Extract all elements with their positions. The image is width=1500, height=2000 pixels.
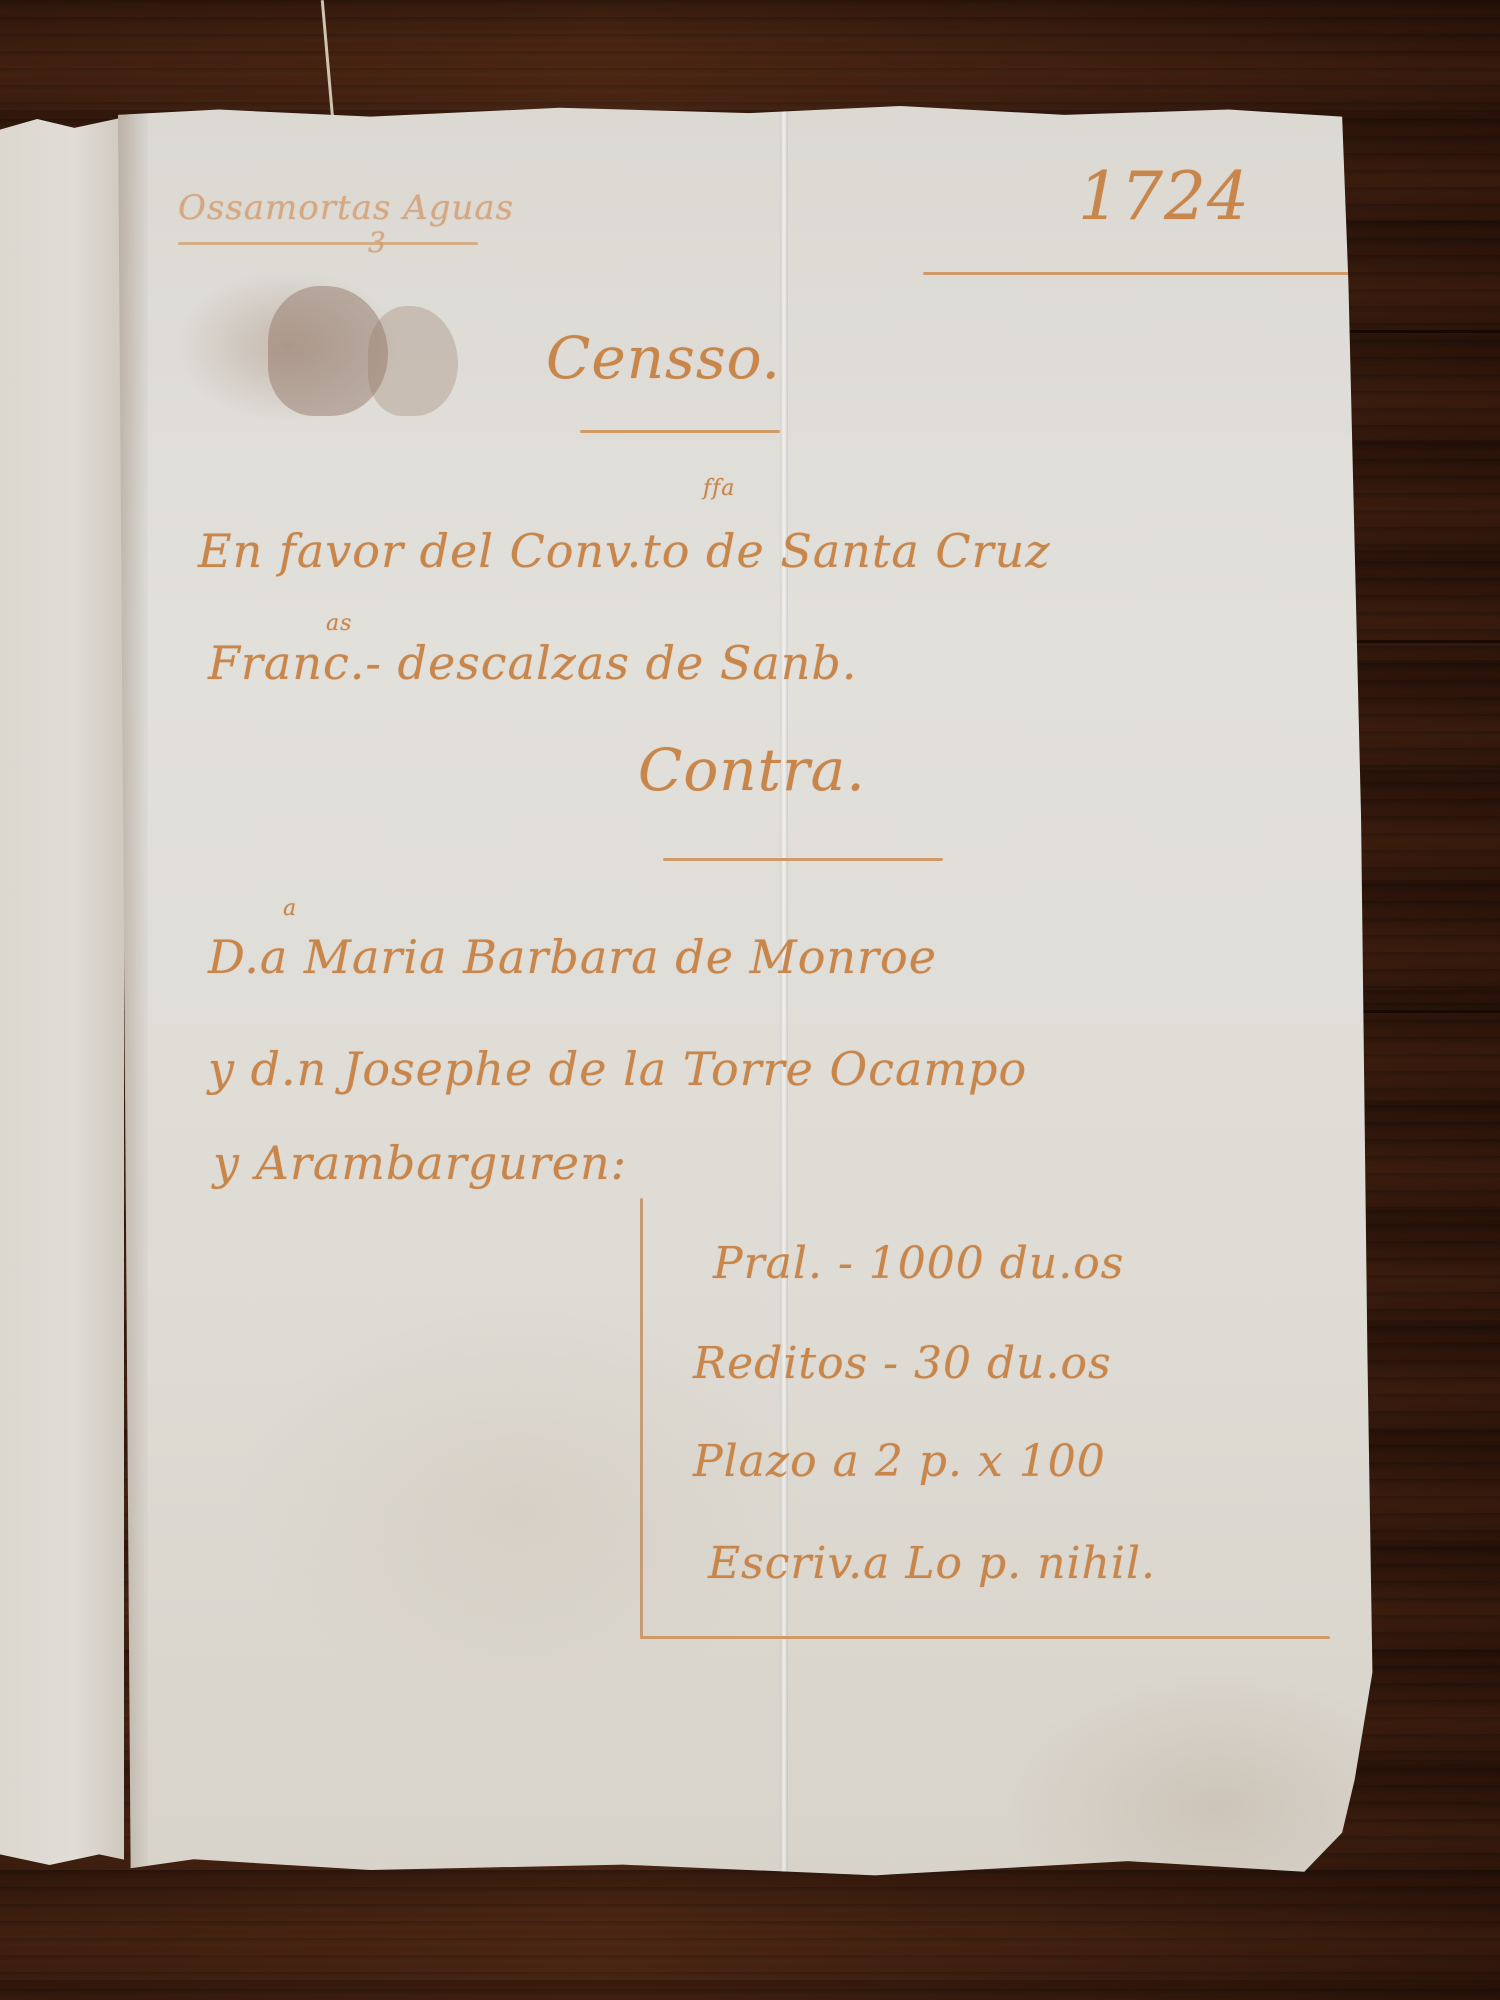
account-value: - 1000 du.os — [838, 1238, 1124, 1289]
account-label: Escriv.a — [708, 1538, 890, 1589]
party-line-1: D.a Maria Barbara de Monroe — [208, 930, 937, 984]
account-value: Lo p. nihil. — [905, 1538, 1156, 1589]
party-line-3: y Arambarguren: — [213, 1136, 627, 1190]
binding-thread — [321, 0, 334, 120]
account-label: Plazo — [693, 1436, 818, 1487]
account-value: a 2 p. x 100 — [833, 1436, 1106, 1487]
account-label: Pral. — [713, 1238, 823, 1289]
page-fold — [780, 106, 788, 1886]
account-label: Reditos — [693, 1338, 868, 1389]
header-label: Ossamortas Aguas — [178, 188, 514, 228]
header-underline — [178, 242, 478, 245]
accounts-box-left — [640, 1198, 643, 1638]
account-row: Reditos - 30 du.os — [693, 1338, 1112, 1389]
favor-line-2: Franc.- descalzas de Sanb. — [208, 636, 858, 690]
water-stain — [368, 306, 458, 416]
manuscript-page: Ossamortas Aguas 3 1724 Censso. ffa En f… — [118, 106, 1380, 1886]
favor-superscript: ffa — [703, 476, 735, 501]
favor-line-1: En favor del Conv.to de Santa Cruz — [198, 524, 1050, 578]
contra-title: Contra. — [638, 736, 866, 804]
contra-underline — [663, 858, 943, 861]
party-line-2: y d.n Josephe de la Torre Ocampo — [208, 1042, 1027, 1096]
document-title: Censso. — [546, 324, 781, 392]
favor-line-2-superscript: as — [326, 611, 352, 636]
account-row: Pral. - 1000 du.os — [713, 1238, 1124, 1289]
title-underline — [580, 430, 780, 433]
accounts-box-bottom — [640, 1636, 1330, 1639]
account-value: - 30 du.os — [883, 1338, 1111, 1389]
year-underline — [923, 272, 1353, 275]
document-year: 1724 — [1078, 158, 1250, 235]
account-row: Escriv.a Lo p. nihil. — [708, 1538, 1156, 1589]
left-page-fragment — [0, 112, 124, 1872]
party-superscript: a — [283, 896, 297, 921]
account-row: Plazo a 2 p. x 100 — [693, 1436, 1106, 1487]
